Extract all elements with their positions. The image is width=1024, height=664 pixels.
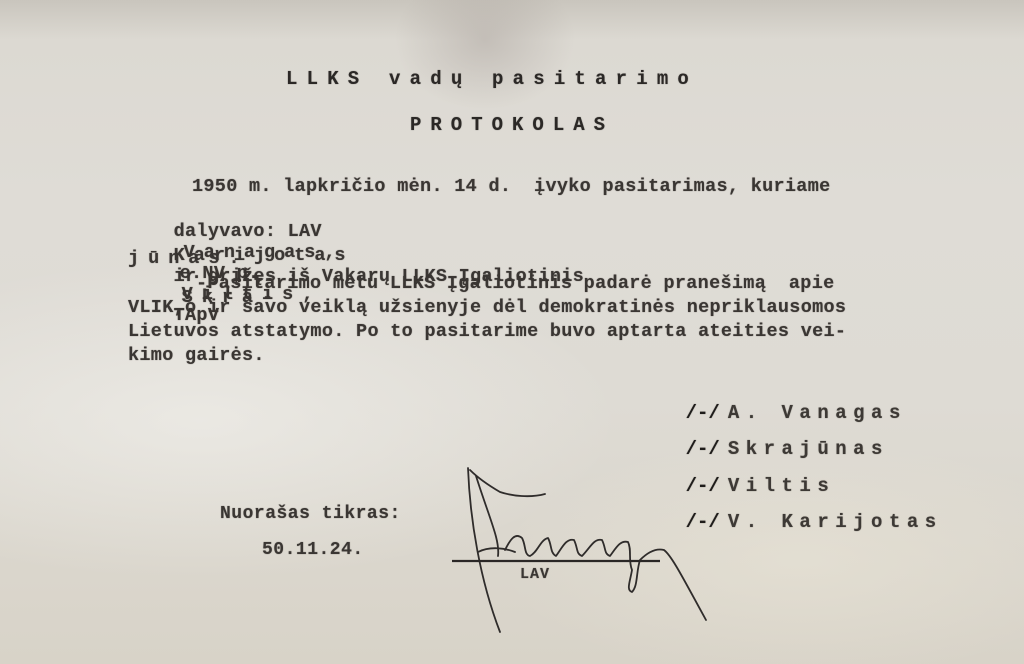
body-line-6: VLIK,o ir savo veiklą užsienyje dėl demo…	[128, 297, 846, 318]
signatory-4: /-/V. Karijotas	[614, 489, 943, 555]
body-line-7: Lietuvos atstatymo. Po to pasitarime buv…	[128, 321, 846, 342]
body-line-1: 1950 m. lapkričio mėn. 14 d. įvyko pasit…	[192, 176, 831, 197]
participant-skrajunas-part2: jūnas.	[128, 248, 249, 269]
certification-date: 50.11.24.	[262, 540, 364, 560]
document-page: LLKS vadų pasitarimo PROTOKOLAS 1950 m. …	[0, 0, 1024, 664]
signature-mark: /-/	[686, 511, 720, 533]
certification-label: Nuorašas tikras:	[220, 504, 401, 524]
document-heading: PROTOKOLAS	[410, 114, 614, 136]
document-title: LLKS vadų pasitarimo	[286, 68, 698, 90]
body-line-5: -Pasitarimo metu LLKS Įgaliotinis padarė…	[196, 273, 835, 294]
body-line-8: kimo gairės.	[128, 345, 265, 366]
signer-title: LAV	[520, 566, 550, 583]
signatory-name: V. Karijotas	[728, 511, 943, 533]
